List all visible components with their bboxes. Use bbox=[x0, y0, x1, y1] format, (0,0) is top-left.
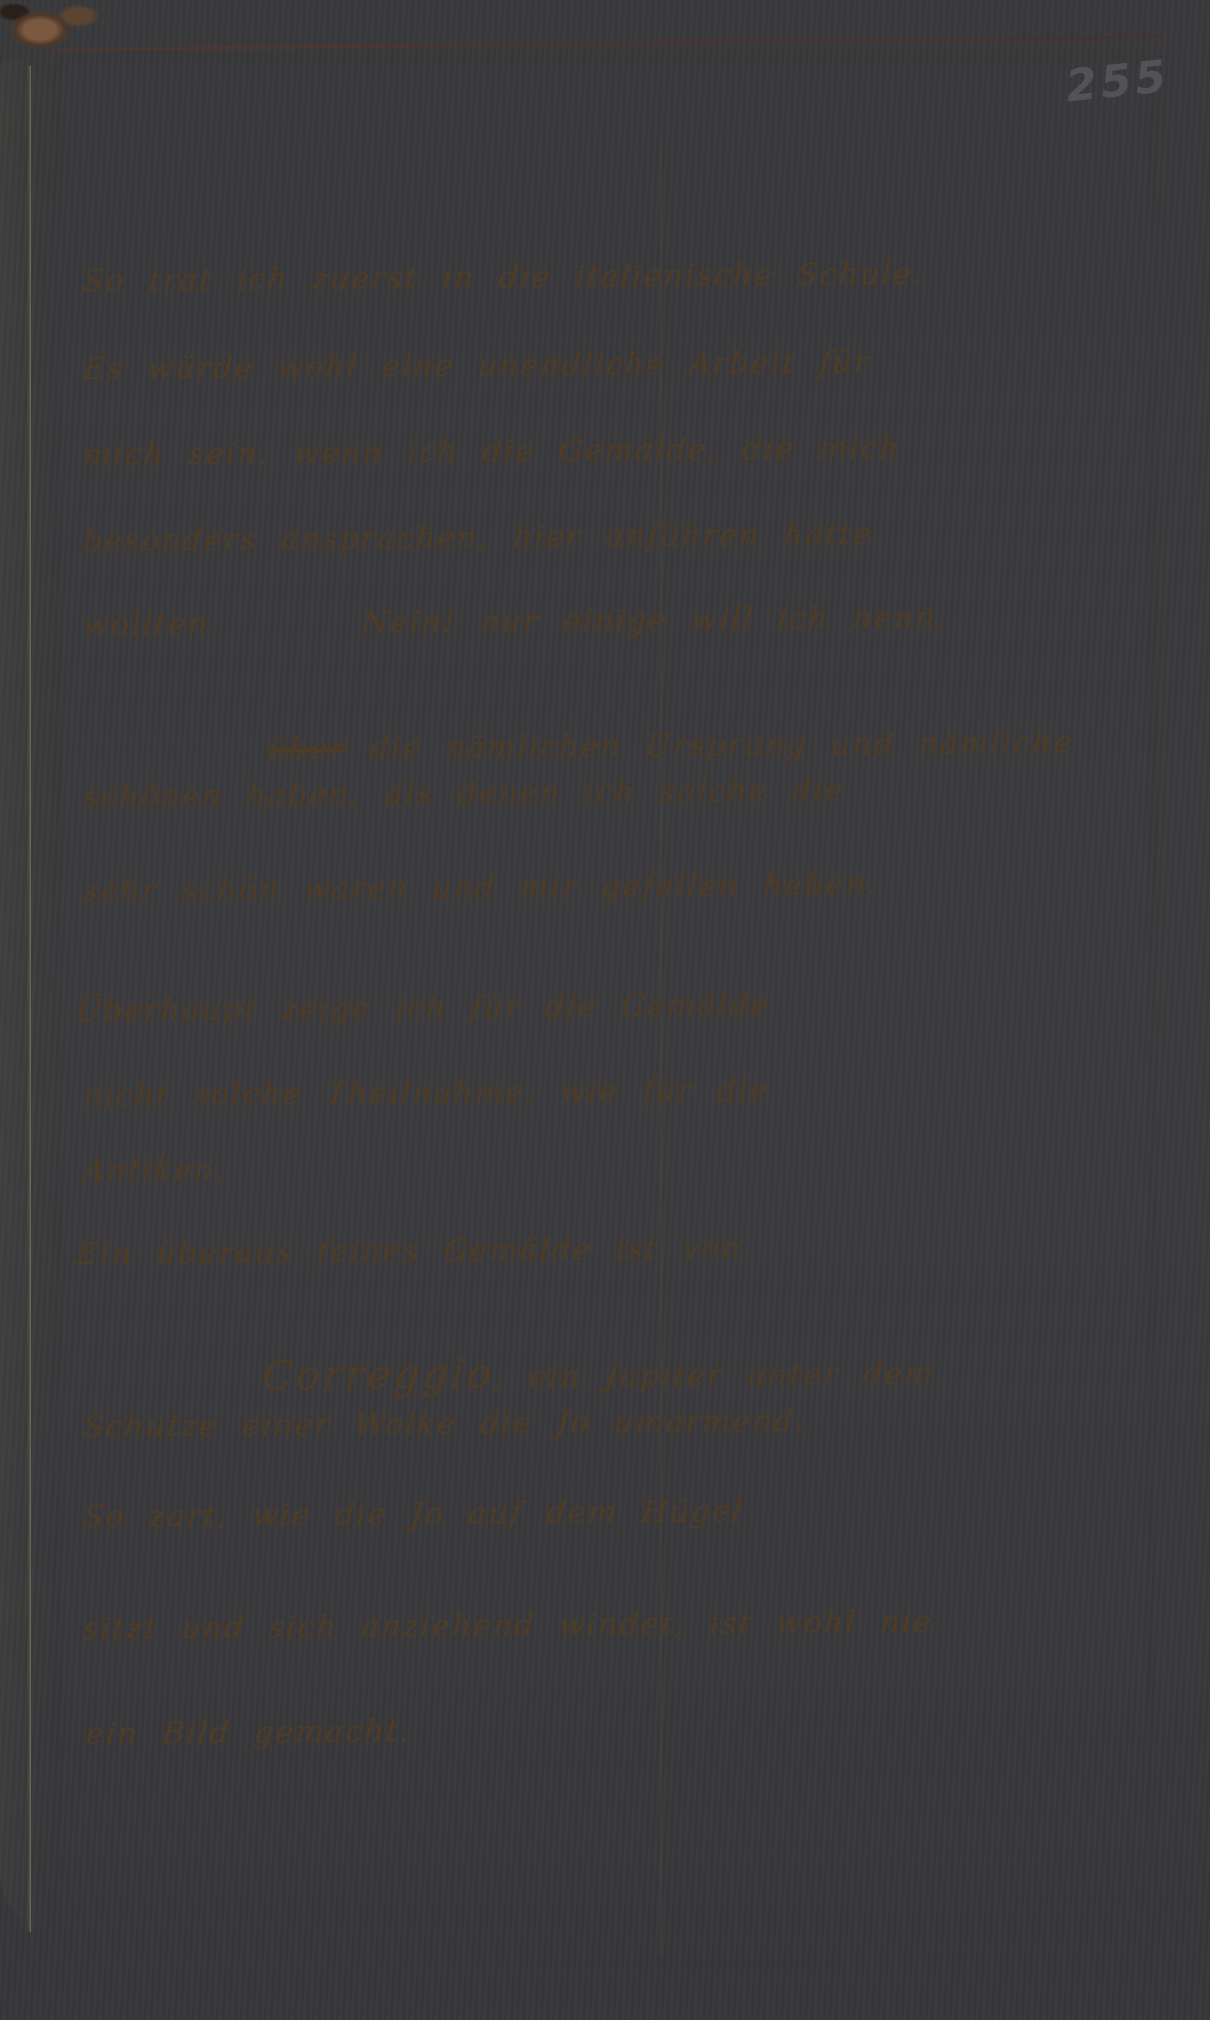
manuscript-line: Ein überaus feines Gemälde ist von bbox=[74, 1229, 744, 1275]
manuscript-line: Es würde wohl eine unendliche Arbeit für bbox=[81, 343, 872, 390]
manuscript-line: sitzt und sich anziehend windet, ist woh… bbox=[81, 1603, 935, 1650]
scan-background: 255 So trat ich zuerst in die italienisc… bbox=[0, 0, 1210, 2020]
manuscript-line: Überhaupt zeige ich für die Gemälde bbox=[74, 986, 772, 1032]
manuscript-line: mich sein, wenn ich die Gemälde, die mic… bbox=[81, 429, 903, 476]
manuscript-page: 255 So trat ich zuerst in die italienisc… bbox=[0, 0, 1210, 2020]
manuscript-line-text: die nämlichen Ursprung und nämliche bbox=[344, 725, 1075, 766]
manuscript-line: sehr schön waren und mir gefallen haben. bbox=[81, 865, 880, 912]
manuscript-line: schönen haben, als denen ich solche die bbox=[81, 771, 846, 818]
manuscript-line: nicht solche Theilnahme, wie für die bbox=[81, 1071, 771, 1117]
manuscript-line: So trat ich zuerst in die italienische S… bbox=[81, 255, 926, 302]
manuscript-text: So trat ich zuerst in die italienische S… bbox=[0, 0, 1210, 2020]
manuscript-line-text: , ein Jupiter unter dem bbox=[492, 1357, 936, 1396]
strikethrough-word: über bbox=[266, 732, 348, 768]
manuscript-line: So zart, wie die Jo auf dem Hügel bbox=[81, 1492, 745, 1538]
manuscript-line: besonders ansprachen, hier anführen hätt… bbox=[81, 515, 875, 562]
artist-name: Correggio bbox=[260, 1351, 496, 1399]
manuscript-line: Antiken. bbox=[81, 1151, 228, 1192]
manuscript-line: ein Bild gemacht. bbox=[84, 1712, 413, 1755]
manuscript-line: Schutze einer Wolke die Jo umarmend. bbox=[81, 1402, 808, 1448]
manuscript-line: wollten. Nein! nur einige will ich nenn, bbox=[81, 598, 950, 646]
